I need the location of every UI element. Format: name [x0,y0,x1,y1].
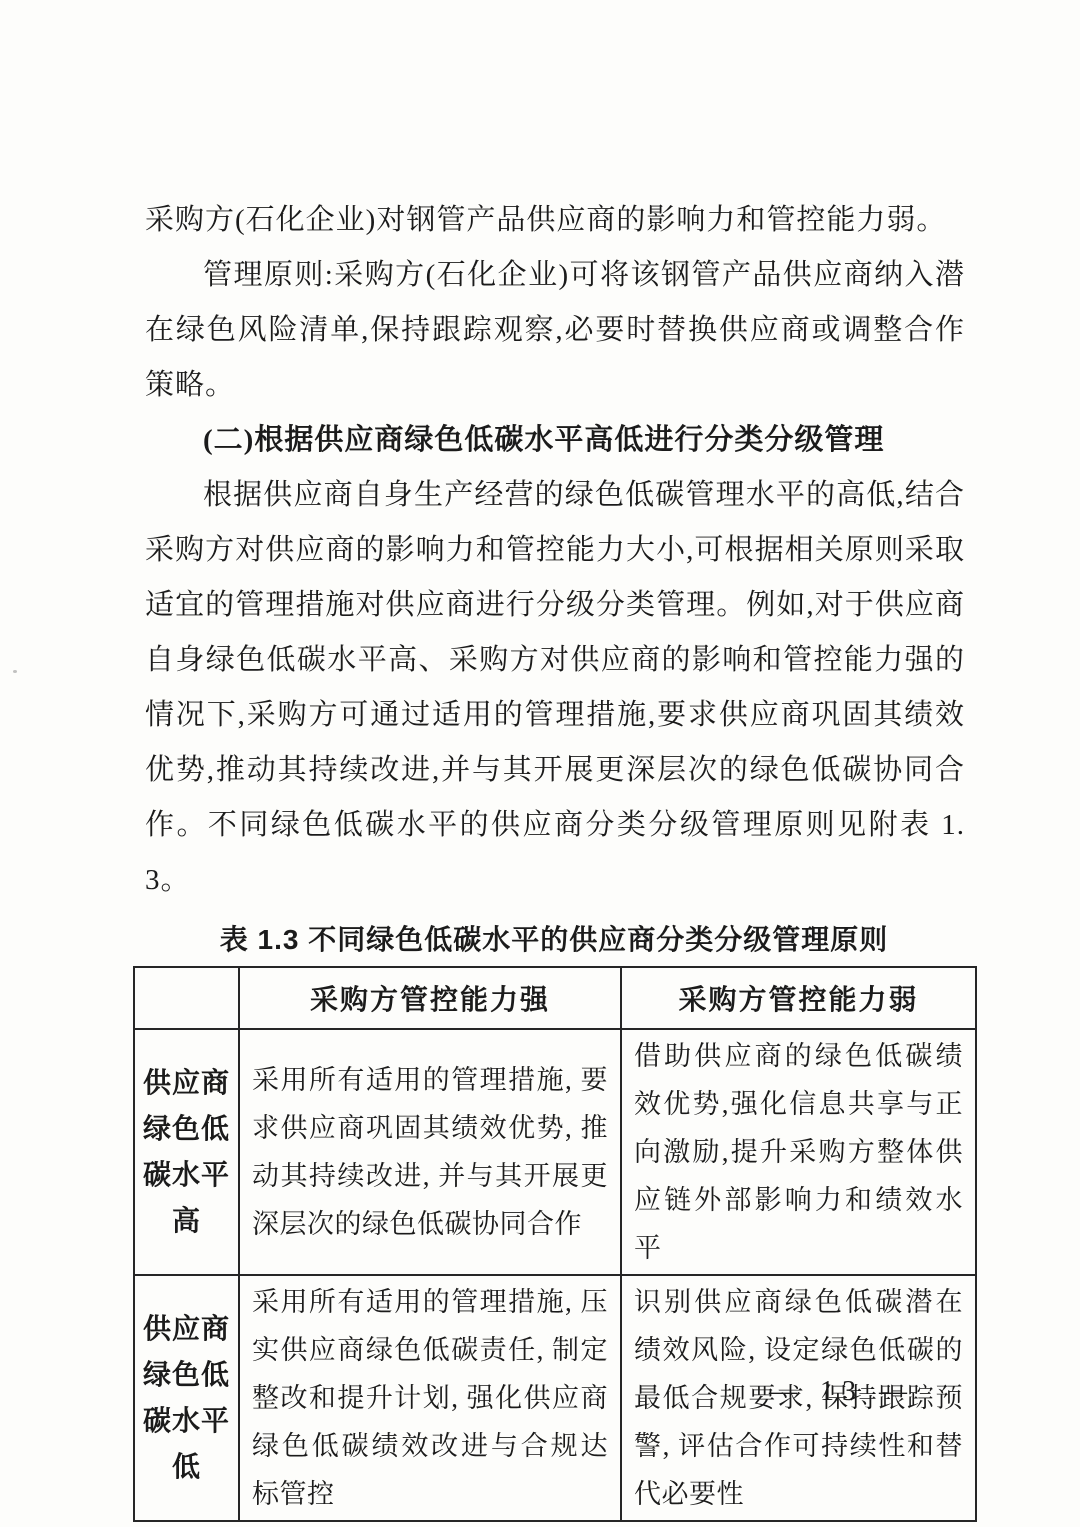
scan-artifact-dot [13,670,17,673]
row-label-high: 供应商 绿色低 碳水平 高 [134,1029,239,1275]
page-number: — 13 — [769,1376,915,1408]
column-header-strong-control: 采购方管控能力强 [239,967,621,1029]
paragraph-classification: 根据供应商自身生产经营的绿色低碳管理水平的高低,结合采购方对供应商的影响力和管控… [145,468,965,908]
row-label-line: 绿色低 [135,1352,238,1398]
paragraph-management-principle: 管理原则:采购方(石化企业)可将该钢管产品供应商纳入潜在绿色风险清单,保持跟踪观… [145,248,965,413]
table-header-row: 采购方管控能力强 采购方管控能力弱 [134,967,976,1029]
section-heading: (二)根据供应商绿色低碳水平高低进行分类分级管理 [145,413,965,468]
row-label-line: 碳水平 [135,1398,238,1444]
document-page: 采购方(石化企业)对钢管产品供应商的影响力和管控能力弱。 管理原则:采购方(石化… [0,0,1080,1527]
row-label-line: 碳水平 [135,1152,238,1198]
row-label-line: 供应商 [135,1306,238,1352]
cell-high-strong: 采用所有适用的管理措施, 要求供应商巩固其绩效优势, 推动其持续改进, 并与其开… [239,1029,621,1275]
row-label-low: 供应商 绿色低 碳水平 低 [134,1275,239,1521]
table-row-high-level: 供应商 绿色低 碳水平 高 采用所有适用的管理措施, 要求供应商巩固其绩效优势,… [134,1029,976,1275]
column-header-weak-control: 采购方管控能力弱 [621,967,976,1029]
row-label-line: 低 [135,1444,238,1490]
row-label-line: 高 [135,1198,238,1244]
table-caption: 表 1.3 不同绿色低碳水平的供应商分类分级管理原则 [133,918,975,958]
row-label-line: 供应商 [135,1060,238,1106]
table-corner-cell [134,967,239,1029]
row-label-line: 绿色低 [135,1106,238,1152]
cell-high-weak: 借助供应商的绿色低碳绩效优势,强化信息共享与正向激励,提升采购方整体供应链外部影… [621,1029,976,1275]
paragraph-continuation: 采购方(石化企业)对钢管产品供应商的影响力和管控能力弱。 [145,193,965,248]
supplier-classification-table: 采购方管控能力强 采购方管控能力弱 供应商 绿色低 碳水平 高 采用所有适用的管… [133,966,977,1522]
cell-low-strong: 采用所有适用的管理措施, 压实供应商绿色低碳责任, 制定整改和提升计划, 强化供… [239,1275,621,1521]
